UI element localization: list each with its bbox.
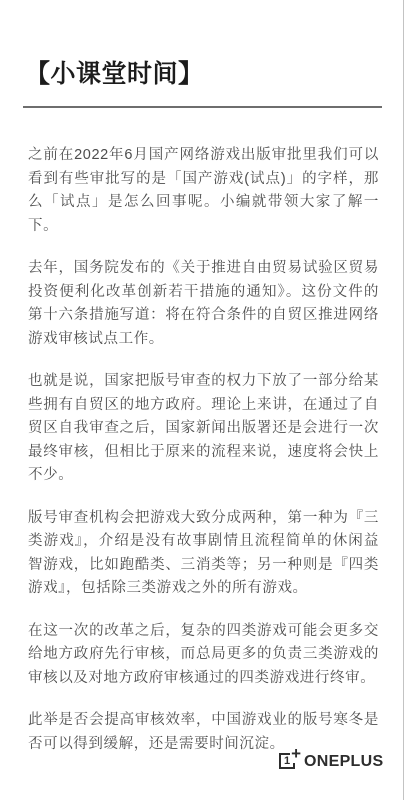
paragraph: 也就是说，国家把版号审查的权力下放了一部分给某些拥有自贸区的地方政府。理论上来讲… [28,370,379,488]
title-divider [23,106,382,108]
article-body: 之前在2022年6月国产网络游戏出版审批里我们可以看到有些审批写的是「国产游戏(… [28,144,379,756]
plus-icon: + [290,745,301,763]
oneplus-square-icon: 1 + [279,753,295,769]
paragraph: 之前在2022年6月国产网络游戏出版审批里我们可以看到有些审批写的是「国产游戏(… [28,144,379,238]
oneplus-wordmark: ONEPLUS [304,753,383,771]
oneplus-logo: 1 + ONEPLUS [279,748,383,771]
paragraph: 版号审查机构会把游戏大致分成两种，第一种为『三类游戏』，介绍是没有故事剧情且流程… [28,507,379,601]
right-edge-line [403,0,404,800]
paragraph: 去年，国务院发布的《关于推进自由贸易试验区贸易投资便利化改革创新若干措施的通知》… [28,257,379,351]
paragraph: 在这一次的改革之后，复杂的四类游戏可能会更多交给地方政府先行审核，而总局更多的负… [28,620,379,691]
article: 【小课堂时间】 之前在2022年6月国产网络游戏出版审批里我们可以看到有些审批写… [28,0,379,756]
page-title: 【小课堂时间】 [25,57,379,92]
